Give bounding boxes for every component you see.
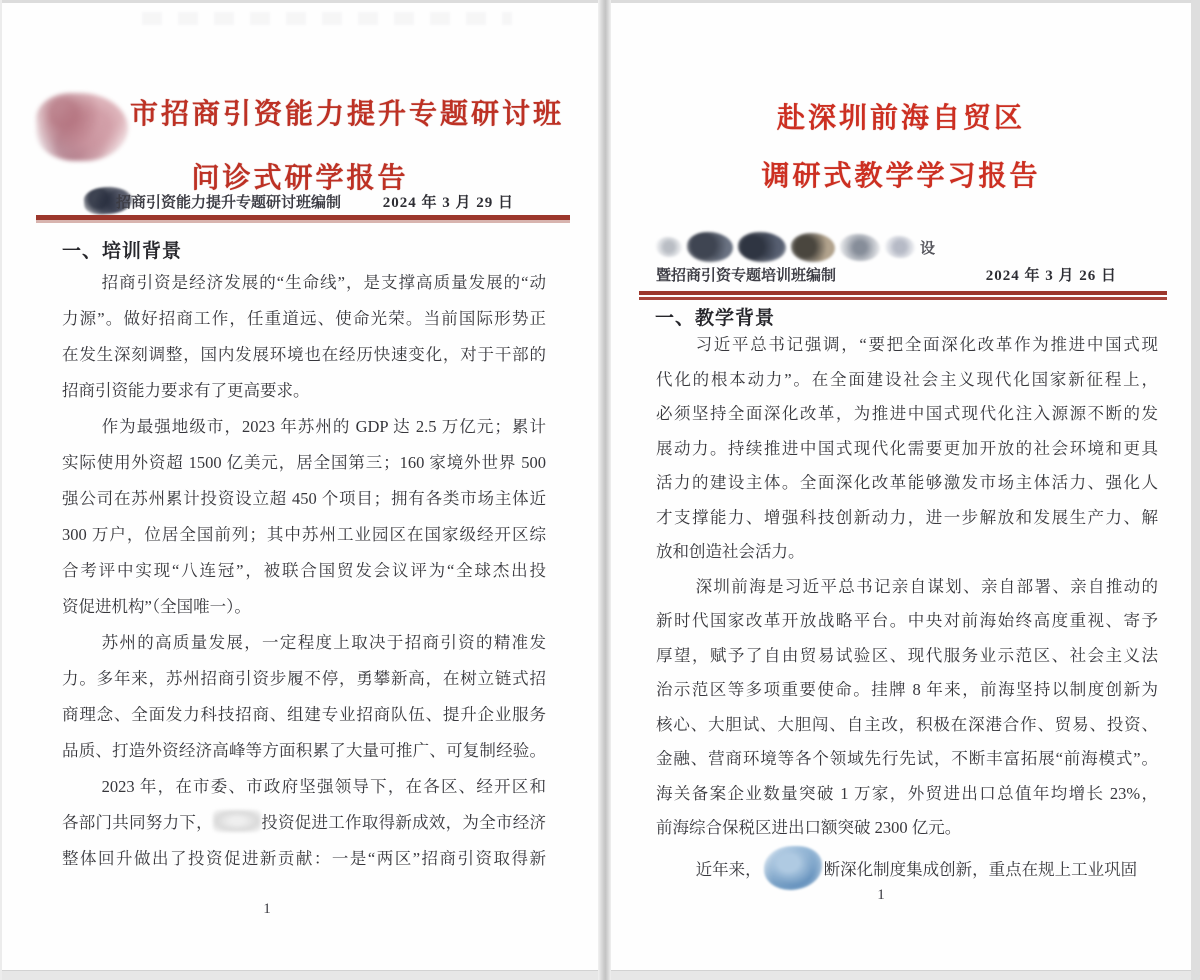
left-page-number: 1 [2, 901, 532, 918]
left-compiler-text: 招商引资能力提升专题研讨班编制 [60, 191, 341, 212]
body-line: 代化的根本动力”。在全面建设社会主义现代化国家新征程上， [656, 363, 1158, 398]
body-line: 各部门共同努力下，投资促进工作取得新成效，为全市经济 [62, 805, 546, 841]
body-line: 整体回升做出了投资促进新贡献：一是“两区”招商引资取得新 [62, 841, 546, 877]
body-line: 品质、打造外资经济高峰等方面积累了大量可推广、可复制经验。 [62, 733, 546, 769]
left-section-heading: 一、培训背景 [62, 236, 182, 263]
body-line: 强公司在苏州累计投资设立超 450 个项目；拥有各类市场主体近 [62, 481, 546, 517]
left-date: 2024 年 3 月 29 日 [383, 191, 514, 212]
body-line: 招商引资能力要求有了更高要求。 [62, 373, 546, 409]
body-line: 展动力。持续推进中国式现代化需要更加开放的社会环境和更具 [656, 432, 1158, 467]
right-compiler-text: 暨招商引资专题培训班编制 [656, 264, 836, 285]
body-line: 商理念、全面发力科技招商、组建专业招商队伍、提升企业服务 [62, 697, 546, 733]
body-line: 海关备案企业数量突破 1 万家，外贸进出口总值年均增长 23%， [656, 777, 1158, 812]
redaction-smudge [764, 846, 822, 890]
right-org-redacted-line: 设 [656, 232, 935, 262]
red-header-rule [36, 215, 570, 220]
body-line: 作为最强地级市，2023 年苏州的 GDP 达 2.5 万亿元；累计 [62, 409, 546, 445]
body-line: 300 万户，位居全国前列；其中苏州工业园区在国家级经开区综 [62, 517, 546, 553]
body-line: 放和创造社会活力。 [656, 535, 1158, 570]
redaction-smudge [687, 232, 733, 262]
redaction-smudge [885, 236, 915, 258]
body-line: 厚望，赋予了自由贸易试验区、现代服务业示范区、社会主义法 [656, 639, 1158, 674]
right-body-text: 习近平总书记强调，“要把全面深化改革作为推进中国式现代化的根本动力”。在全面建设… [656, 328, 1158, 890]
report-page-left: 市招商引资能力提升专题研讨班 问诊式研学报告 招商引资能力提升专题研讨班编制 2… [2, 3, 598, 970]
body-line: 2023 年，在市委、市政府坚强领导下，在各区、经开区和 [62, 769, 546, 805]
body-line: 力源”。做好招商工作，任重道远、使命光荣。当前国际形势正 [62, 301, 546, 337]
body-line: 深圳前海是习近平总书记亲自谋划、亲自部署、亲自推动的 [656, 570, 1158, 605]
right-title-text1: 赴深圳前海自贸区 [777, 91, 1025, 147]
body-line: 核心、大胆试、大胆闯、自主改，积极在深港合作、贸易、投资、 [656, 708, 1158, 743]
redaction-smudge [840, 234, 880, 261]
body-line: 新时代国家改革开放战略平台。中央对前海始终高度重视、寄予 [656, 604, 1158, 639]
screen-edge-right [1191, 0, 1200, 980]
right-title-line1: 赴深圳前海自贸区 [611, 91, 1191, 147]
body-line: 活力的建设主体。全面深化改革能够激发市场主体活力、强化人 [656, 466, 1158, 501]
body-line: 招商引资是经济发展的“生命线”，是支撑高质量发展的“动 [62, 265, 546, 301]
body-line: 才支撑能力、增强科技创新动力，进一步解放和发展生产力、解 [656, 501, 1158, 536]
body-line: 实际使用外资超 1500 亿美元，居全国第三；160 家境外世界 500 [62, 445, 546, 481]
right-compiler-row: 暨招商引资专题培训班编制 2024 年 3 月 26 日 [656, 264, 1117, 285]
body-line: 合考评中实现“八连冠”，被联合国贸发会议评为“全球杰出投 [62, 553, 546, 589]
left-body-text: 招商引资是经济发展的“生命线”，是支撑高质量发展的“动力源”。做好招商工作，任重… [62, 265, 546, 877]
redaction-smudge [213, 810, 261, 832]
right-section-heading: 一、教学背景 [655, 303, 775, 330]
right-title-line2: 调研式教学学习报告 [611, 149, 1191, 205]
report-page-right: 赴深圳前海自贸区 调研式教学学习报告 设 暨招商引资专题培训班编制 2024 年… [611, 3, 1191, 970]
body-line: 资促进机构”（全国唯一）。 [62, 589, 546, 625]
red-rule-bar [639, 297, 1167, 300]
body-line: 金融、营商环境等各个领域先行先试，不断丰富拓展“前海模式”。 [656, 742, 1158, 777]
right-date: 2024 年 3 月 26 日 [986, 264, 1117, 285]
right-page-number: 1 [611, 887, 1151, 904]
redaction-smudge [791, 233, 835, 262]
scan-artifacts [142, 12, 512, 25]
body-line: 在发生深刻调整，国内发展环境也在经历快速变化，对于干部的 [62, 337, 546, 373]
left-title-line1: 市招商引资能力提升专题研讨班 [2, 87, 598, 161]
red-header-double-rule [639, 291, 1167, 300]
body-line: 近年来，断深化制度集成创新，重点在规上工业巩固 [656, 846, 1158, 890]
body-line: 必须坚持全面深化改革，为推进中国式现代化注入源源不断的发 [656, 397, 1158, 432]
body-line: 前海综合保税区进出口额突破 2300 亿元。 [656, 811, 1158, 846]
body-line: 苏州的高质量发展，一定程度上取决于招商引资的精准发 [62, 625, 546, 661]
right-title-text2: 调研式教学学习报告 [761, 149, 1040, 205]
body-line: 力。多年来，苏州招商引资步履不停，勇攀新高，在树立链式招 [62, 661, 546, 697]
redaction-smudge [656, 237, 682, 257]
red-rule-bar [639, 291, 1167, 295]
page-divider [598, 0, 611, 980]
left-compiler-row: 招商引资能力提升专题研讨班编制 2024 年 3 月 29 日 [60, 191, 514, 212]
right-org-partial-char: 设 [920, 237, 935, 258]
body-line: 习近平总书记强调，“要把全面深化改革作为推进中国式现 [656, 328, 1158, 363]
left-title-text1: 市招商引资能力提升专题研讨班 [130, 87, 564, 143]
body-line: 治示范区等多项重要使命。挂牌 8 年来，前海坚持以制度创新为 [656, 673, 1158, 708]
redaction-smudge [738, 232, 786, 262]
